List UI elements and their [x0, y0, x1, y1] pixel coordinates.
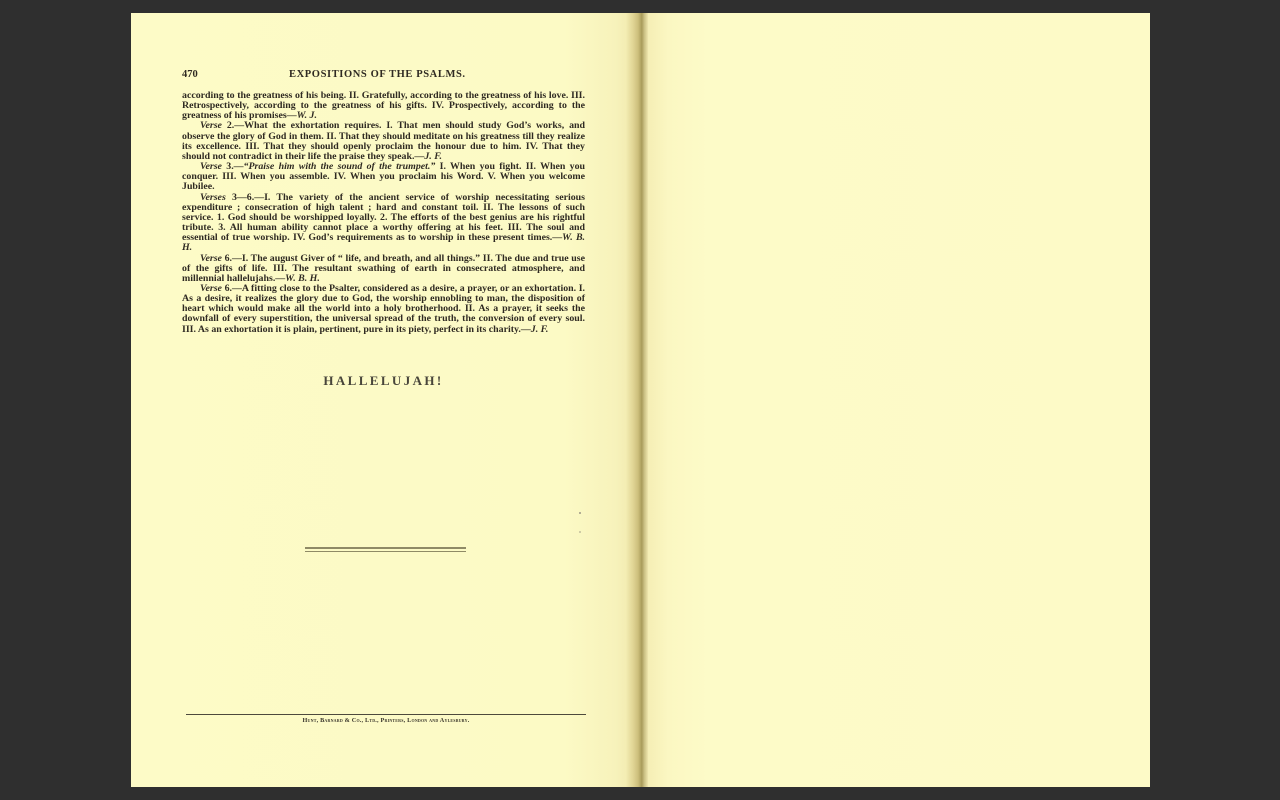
running-title: EXPOSITIONS OF THE PSALMS. [289, 69, 466, 80]
paragraph: Verses 3—6.—I. The variety of the ancien… [182, 193, 585, 254]
printer-imprint: Hunt, Barnard & Co., Ltd., Printers, Lon… [186, 717, 586, 724]
paragraph-text: I. The august Giver of “ life, and breat… [182, 253, 585, 284]
left-page: 470 EXPOSITIONS OF THE PSALMS. according… [131, 13, 641, 787]
print-speck [579, 531, 581, 533]
paragraph: according to the greatness of his being.… [182, 91, 585, 121]
footer-rule [186, 714, 586, 715]
paragraph-text: A fitting close to the Psalter, consider… [182, 283, 585, 335]
book-spread: 470 EXPOSITIONS OF THE PSALMS. according… [131, 13, 1150, 787]
right-page-blank [648, 13, 1150, 787]
running-head: 470 EXPOSITIONS OF THE PSALMS. [182, 69, 585, 83]
page-number: 470 [182, 69, 198, 80]
body-text: according to the greatness of his being.… [182, 91, 585, 335]
paragraph: Verse 2.—What the exhortation requires. … [182, 121, 585, 162]
closing-heading: HALLELUJAH! [182, 373, 585, 389]
paragraph-text: according to the greatness of his being.… [182, 90, 585, 121]
book-gutter [626, 13, 648, 787]
print-speck [579, 512, 581, 514]
paragraph: Verse 3.—“Praise him with the sound of t… [182, 162, 585, 192]
tailpiece-rule [305, 547, 466, 552]
paragraph: Verse 6.—I. The august Giver of “ life, … [182, 254, 585, 284]
attribution: J. F. [531, 324, 549, 335]
paragraph: Verse 6.—A fitting close to the Psalter,… [182, 284, 585, 335]
document-viewer: 470 EXPOSITIONS OF THE PSALMS. according… [0, 0, 1280, 800]
